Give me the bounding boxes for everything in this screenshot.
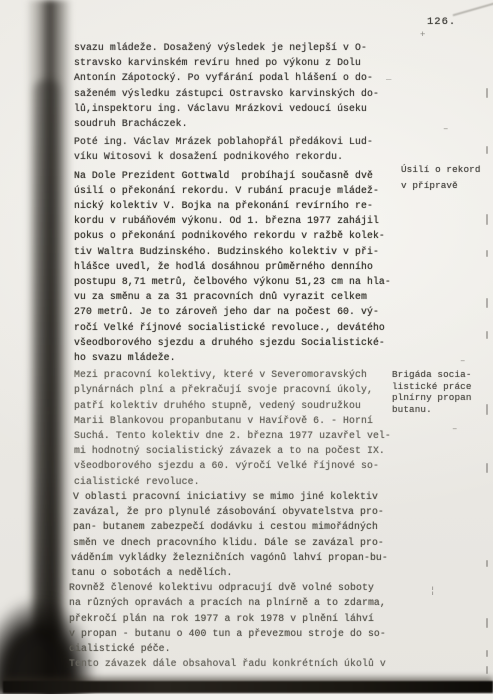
stray-typewriter-mark: + (420, 30, 425, 40)
edge-scan-mark (486, 331, 488, 339)
text-line: pan- butanem zabezpečí dodávku i cestou … (73, 519, 413, 534)
text-line: stravsko karvinském revíru hned po výkon… (74, 55, 414, 70)
text-line: hlášce uvedl, že hodlá dosáhnou průměrné… (74, 259, 414, 274)
text-line: vu za směnu a za 31 pracovních dnů vyraz… (74, 289, 414, 304)
scan-bottom-margin (0, 694, 493, 700)
book-spine-shadow-deep (34, 80, 60, 640)
edge-scan-mark (486, 560, 488, 567)
paragraph-p3: Na Dole Prezident Gottwald probíhají sou… (74, 168, 414, 366)
text-line: patří kolektiv druhého stupně, vedený so… (74, 398, 414, 413)
stray-typewriter-mark: – (452, 424, 457, 434)
margin-note-brigada: Brigáda socia-listické práceplnírny prop… (392, 369, 472, 415)
text-line: Rovněž členové kolektivu odpracují dvě v… (69, 580, 409, 595)
edge-scan-mark (486, 463, 488, 473)
text-line: pokus o překonání podnikového rekordu v … (74, 228, 414, 243)
text-line: kordu v rubáňovém výkonu. Od 1. března 1… (74, 213, 414, 228)
margin-note-line: listické práce (392, 381, 472, 393)
margin-note-line: plnírny propan (392, 392, 472, 404)
text-line: překročí plán na rok 1977 a rok 1978 v p… (69, 611, 409, 626)
text-line: ho svazu mládeže. (74, 350, 414, 365)
book-spine-shadow (26, 0, 72, 700)
text-line: mi hodnotný socialistický závazek a to n… (74, 443, 414, 458)
text-line: cialistické péče. (69, 641, 409, 656)
text-line: Poté ing. Václav Mrázek poblahopřál před… (74, 134, 414, 149)
text-line: váděním vykládky železničních vagónů lah… (71, 550, 411, 565)
text-line: úsilí o překonání rekordu. V rubání prac… (74, 183, 414, 198)
text-line: tanu o sobotách a nedělích. (71, 565, 411, 580)
edge-scan-mark (486, 250, 488, 257)
text-line: Na Dole Prezident Gottwald probíhají sou… (74, 168, 414, 183)
stray-typewriter-mark: – (460, 356, 465, 366)
edge-scan-mark (486, 88, 488, 98)
paragraph-p6: Tento závazek dále obsahoval řadu konkré… (74, 656, 414, 671)
edge-scan-mark (486, 146, 488, 154)
text-line: nický kolektiv V. Bojka na překonání rev… (74, 198, 414, 213)
edge-scan-mark (486, 666, 488, 674)
edge-scan-mark (486, 298, 488, 308)
margin-note-usili: Úsilí o rekordv přípravě (401, 162, 481, 193)
text-line: Suchá. Tento kolektiv dne 2. března 1977… (74, 428, 414, 443)
edge-scan-mark (486, 650, 488, 657)
text-line: všeodborového sjezdu a druhého sjezdu So… (74, 335, 414, 350)
scanned-document-page: +_–––¦ 126. svazu mládeže. Dosažený výsl… (0, 0, 493, 700)
text-line: 270 metrů. Je to zároveň jeho dar na poč… (74, 304, 414, 319)
text-line: lů,inspektoru ing. Václavu Mrázkovi vedo… (74, 101, 414, 116)
text-line: všeodborového sjezdu a 60. výročí Velké … (74, 458, 414, 473)
text-line: víku Witosovi k dosažení podnikového rek… (74, 149, 414, 164)
typewritten-text: svazu mládeže. Dosažený výsledek je nejl… (74, 40, 414, 671)
text-line: v propan - butanu o 400 tun a převezmou … (69, 626, 409, 641)
paragraph-p5: Rovněž členové kolektivu odpracují dvě v… (74, 580, 414, 656)
stray-typewriter-mark: – (443, 124, 448, 134)
scan-bottom-bar (3, 681, 493, 693)
text-line: ročí Velké říjnové socialistické revoluc… (74, 320, 414, 335)
text-line: cialistické revoluce. (74, 474, 414, 489)
page-number: 126. (427, 16, 456, 28)
paragraph-p4: Mezi pracovní kolektivy, které v Severom… (74, 367, 414, 489)
text-line: soudruh Bracháczek. (74, 116, 414, 131)
margin-note-line: Úsilí o rekord (401, 162, 481, 178)
paragraph-p2: Poté ing. Václav Mrázek poblahopřál před… (74, 134, 414, 164)
margin-note-line: butanu. (392, 404, 472, 416)
text-line: postupu 8,71 metrů, čelbového výkonu 51,… (74, 274, 414, 289)
text-line: svazu mládeže. Dosažený výsledek je nejl… (74, 40, 414, 55)
text-line: Antonín Zápotocký. Po vyfárání podal hlá… (74, 70, 414, 85)
margin-note-line: Brigáda socia- (392, 369, 472, 381)
edge-scan-mark (486, 214, 488, 225)
margin-note-line: v přípravě (401, 178, 481, 194)
paragraph-p4b: V oblasti pracovní iniciativy se mimo ji… (74, 489, 414, 580)
stray-typewriter-mark: ¦ (430, 586, 435, 596)
page-corner-mark (453, 2, 493, 17)
edge-scan-mark (486, 618, 488, 628)
text-line: saženém výsledku zástupci Ostravsko karv… (74, 86, 414, 101)
text-line: Mezi pracovní kolektivy, které v Severom… (74, 367, 414, 382)
text-line: tiv Waltra Budzinského. Budzinského kole… (74, 244, 414, 259)
paragraph-p1: svazu mládeže. Dosažený výsledek je nejl… (74, 40, 414, 131)
text-line: Marii Blankovou propanbutanu v Havířově … (74, 413, 414, 428)
text-line: Tento závazek dále obsahoval řadu konkré… (69, 656, 409, 671)
text-line: směn ve dnech pracovního klidu. Dále se … (73, 535, 413, 550)
text-line: zavázal, že pro plynulé zásobování obyva… (73, 504, 413, 519)
text-line: plynárnách plní a překračují svoje praco… (74, 382, 414, 397)
edge-scan-mark (486, 404, 488, 415)
text-line: V oblasti pracovní iniciativy se mimo ji… (73, 489, 413, 504)
text-line: na různých opravách a pracích na plnírně… (69, 595, 409, 610)
